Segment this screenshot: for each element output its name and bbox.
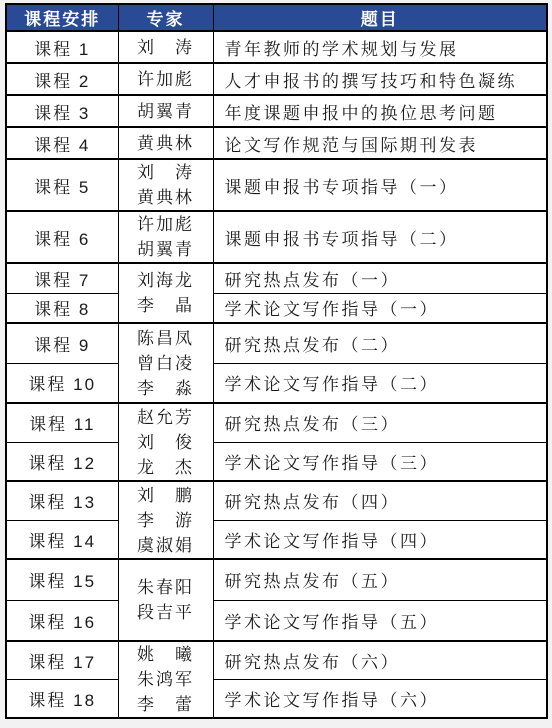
topic-cell: 研究热点发布（二） xyxy=(213,323,547,363)
expert-name: 胡翼青 xyxy=(119,237,213,262)
expert-name: 段吉平 xyxy=(119,600,213,625)
course-cell: 课程 2 xyxy=(6,63,118,95)
course-cell: 课程 15 xyxy=(6,559,118,600)
expert-cell: 刘海龙 李 晶 xyxy=(118,263,213,323)
topic-cell: 研究热点发布（三） xyxy=(213,403,547,442)
course-cell: 课程 3 xyxy=(6,95,118,127)
header-row: 课程安排 专家 题目 xyxy=(6,4,547,31)
header-course-column: 课程安排 xyxy=(6,4,118,31)
expert-name: 刘 鹏 xyxy=(119,483,213,508)
expert-cell: 姚 曦 朱鸿军 李 蕾 xyxy=(118,641,213,718)
expert-name: 李 游 xyxy=(119,508,213,533)
table-row: 课程 7 刘海龙 李 晶 研究热点发布（一） xyxy=(6,263,547,293)
table-row: 课程 2 许加彪 人才申报书的撰写技巧和特色凝练 xyxy=(6,63,547,95)
table-row: 课程 13 刘 鹏 李 游 虞淑娟 研究热点发布（四） xyxy=(6,481,547,520)
table-row: 课程 17 姚 曦 朱鸿军 李 蕾 研究热点发布（六） xyxy=(6,641,547,680)
expert-cell: 刘 鹏 李 游 虞淑娟 xyxy=(118,481,213,559)
course-cell: 课程 18 xyxy=(6,680,118,719)
expert-cell: 朱春阳 段吉平 xyxy=(118,559,213,641)
table-row: 课程 8 学术论文写作指导（一） xyxy=(6,293,547,323)
expert-name: 朱鸿军 xyxy=(119,667,213,692)
course-cell: 课程 10 xyxy=(6,363,118,403)
expert-name: 赵允芳 xyxy=(119,405,213,430)
header-topic-column: 题目 xyxy=(213,4,547,31)
expert-name: 虞淑娟 xyxy=(119,533,213,558)
course-cell: 课程 4 xyxy=(6,127,118,159)
expert-name: 李 晶 xyxy=(119,293,213,318)
expert-name: 刘 涛 xyxy=(119,35,213,60)
topic-cell: 青年教师的学术规划与发展 xyxy=(213,31,547,63)
expert-name: 朱春阳 xyxy=(119,575,213,600)
table-row: 课程 10 学术论文写作指导（二） xyxy=(6,363,547,403)
table-row: 课程 5 刘 涛 黄典林 课题申报书专项指导（一） xyxy=(6,159,547,211)
course-cell: 课程 12 xyxy=(6,442,118,481)
topic-cell: 课题申报书专项指导（二） xyxy=(213,211,547,263)
expert-name: 刘海龙 xyxy=(119,268,213,293)
course-cell: 课程 14 xyxy=(6,520,118,559)
course-cell: 课程 17 xyxy=(6,641,118,680)
expert-cell: 许加彪 xyxy=(118,63,213,95)
course-cell: 课程 6 xyxy=(6,211,118,263)
expert-cell: 赵允芳 刘 俊 龙 杰 xyxy=(118,403,213,481)
table-row: 课程 4 黄典林 论文写作规范与国际期刊发表 xyxy=(6,127,547,159)
topic-cell: 年度课题申报中的换位思考问题 xyxy=(213,95,547,127)
expert-cell: 刘 涛 黄典林 xyxy=(118,159,213,211)
table-row: 课程 9 陈昌凤 曾白凌 李 淼 研究热点发布（二） xyxy=(6,323,547,363)
topic-cell: 研究热点发布（五） xyxy=(213,559,547,600)
topic-cell: 学术论文写作指导（六） xyxy=(213,680,547,719)
expert-name: 陈昌凤 xyxy=(119,326,213,351)
schedule-page: 课程安排 专家 题目 课程 1 刘 涛 青年教师的学术规划与发展 课程 2 许加… xyxy=(0,0,552,728)
course-cell: 课程 8 xyxy=(6,293,118,323)
table-row: 课程 1 刘 涛 青年教师的学术规划与发展 xyxy=(6,31,547,63)
expert-cell: 陈昌凤 曾白凌 李 淼 xyxy=(118,323,213,403)
course-cell: 课程 16 xyxy=(6,600,118,641)
table-row: 课程 11 赵允芳 刘 俊 龙 杰 研究热点发布（三） xyxy=(6,403,547,442)
topic-cell: 研究热点发布（四） xyxy=(213,481,547,520)
expert-name: 黄典林 xyxy=(119,131,213,156)
topic-cell: 学术论文写作指导（三） xyxy=(213,442,547,481)
course-cell: 课程 9 xyxy=(6,323,118,363)
topic-cell: 研究热点发布（六） xyxy=(213,641,547,680)
table-row: 课程 15 朱春阳 段吉平 研究热点发布（五） xyxy=(6,559,547,600)
expert-name: 李 淼 xyxy=(119,376,213,401)
expert-name: 许加彪 xyxy=(119,67,213,92)
page: { "theme": { "page_bg": "#f2f2f2", "cell… xyxy=(0,0,552,719)
header-expert-column: 专家 xyxy=(118,4,213,31)
table-row: 课程 6 许加彪 胡翼青 课题申报书专项指导（二） xyxy=(6,211,547,263)
table-row: 课程 18 学术论文写作指导（六） xyxy=(6,680,547,719)
expert-name: 黄典林 xyxy=(119,185,213,210)
table-row: 课程 3 胡翼青 年度课题申报中的换位思考问题 xyxy=(6,95,547,127)
expert-cell: 胡翼青 xyxy=(118,95,213,127)
topic-cell: 课题申报书专项指导（一） xyxy=(213,159,547,211)
course-cell: 课程 13 xyxy=(6,481,118,520)
expert-name: 刘 涛 xyxy=(119,160,213,185)
expert-name: 李 蕾 xyxy=(119,692,213,717)
course-cell: 课程 11 xyxy=(6,403,118,442)
topic-cell: 学术论文写作指导（四） xyxy=(213,520,547,559)
course-cell: 课程 7 xyxy=(6,263,118,293)
topic-cell: 人才申报书的撰写技巧和特色凝练 xyxy=(213,63,547,95)
expert-name: 龙 杰 xyxy=(119,455,213,480)
expert-name: 曾白凌 xyxy=(119,351,213,376)
expert-name: 许加彪 xyxy=(119,212,213,237)
topic-cell: 论文写作规范与国际期刊发表 xyxy=(213,127,547,159)
expert-cell: 黄典林 xyxy=(118,127,213,159)
expert-name: 胡翼青 xyxy=(119,99,213,124)
table-row: 课程 14 学术论文写作指导（四） xyxy=(6,520,547,559)
expert-cell: 刘 涛 xyxy=(118,31,213,63)
expert-cell: 许加彪 胡翼青 xyxy=(118,211,213,263)
expert-name: 姚 曦 xyxy=(119,642,213,667)
table-row: 课程 12 学术论文写作指导（三） xyxy=(6,442,547,481)
course-cell: 课程 1 xyxy=(6,31,118,63)
topic-cell: 学术论文写作指导（五） xyxy=(213,600,547,641)
topic-cell: 学术论文写作指导（二） xyxy=(213,363,547,403)
expert-name: 刘 俊 xyxy=(119,430,213,455)
topic-cell: 研究热点发布（一） xyxy=(213,263,547,293)
course-schedule-table: 课程安排 专家 题目 课程 1 刘 涛 青年教师的学术规划与发展 课程 2 许加… xyxy=(5,3,548,719)
course-cell: 课程 5 xyxy=(6,159,118,211)
table-row: 课程 16 学术论文写作指导（五） xyxy=(6,600,547,641)
topic-cell: 学术论文写作指导（一） xyxy=(213,293,547,323)
